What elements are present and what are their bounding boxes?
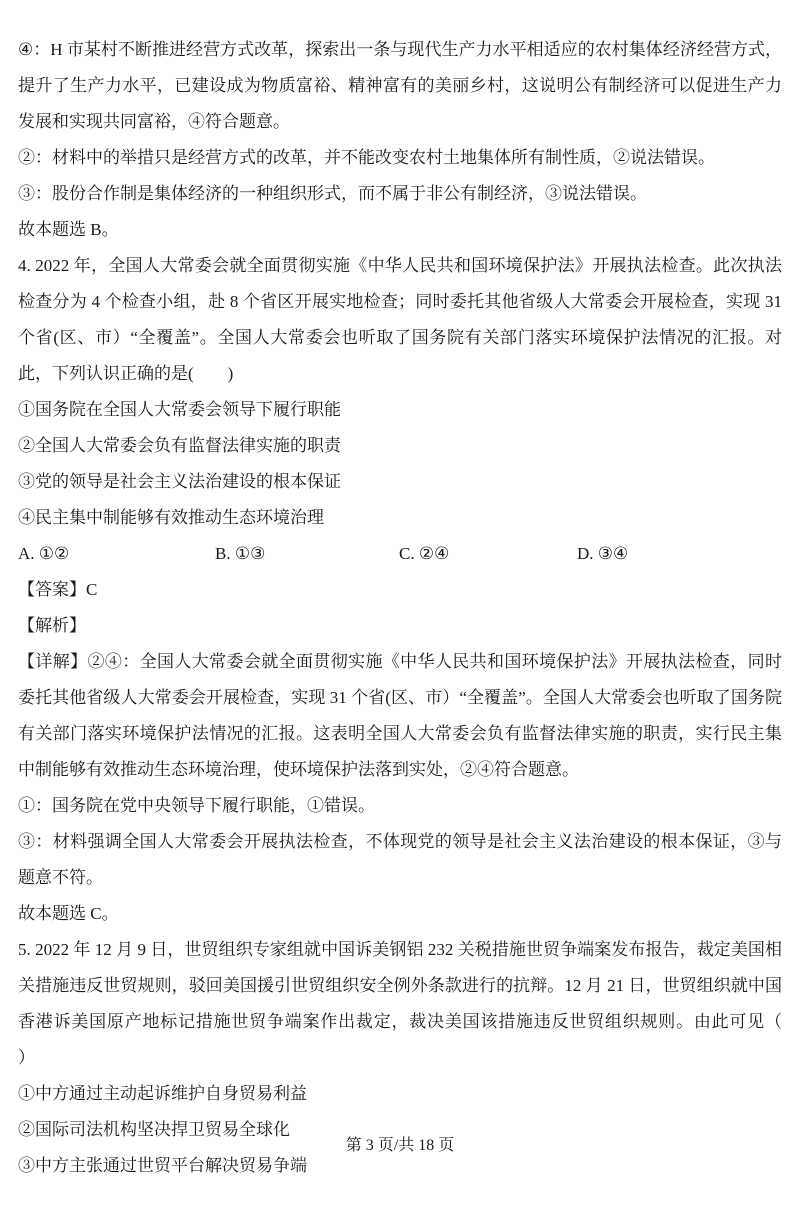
option-d: D. ③④ [577, 536, 782, 572]
question-4-statement-1: ①国务院在全国人大常委会领导下履行职能 [18, 392, 782, 428]
question-4-statement-2: ②全国人大常委会负有监督法律实施的职责 [18, 428, 782, 464]
option-a: A. ①② [18, 536, 215, 572]
question-5-stem: 5. 2022 年 12 月 9 日，世贸组织专家组就中国诉美钢铝 232 关税… [18, 932, 782, 1076]
conclusion-q3: 故本题选 B。 [18, 212, 782, 248]
question-4-statement-4: ④民主集中制能够有效推动生态环境治理 [18, 500, 782, 536]
question-4-statement-3: ③党的领导是社会主义法治建设的根本保证 [18, 464, 782, 500]
document-body: ④：H 市某村不断推进经营方式改革，探索出一条与现代生产力水平相适应的农村集体经… [18, 32, 782, 1184]
detail-q4-points-2-4: 【详解】②④：全国人大常委会就全面贯彻实施《中华人民共和国环境保护法》开展执法检… [18, 644, 782, 788]
answer-q4: 【答案】C [18, 572, 782, 608]
detail-q4-point-1: ①：国务院在党中央领导下履行职能，①错误。 [18, 788, 782, 824]
question-5-statement-1: ①中方通过主动起诉维护自身贸易利益 [18, 1076, 782, 1112]
explanation-point-4: ④：H 市某村不断推进经营方式改革，探索出一条与现代生产力水平相适应的农村集体经… [18, 32, 782, 140]
explanation-point-3: ③：股份合作制是集体经济的一种组织形式，而不属于非公有制经济，③说法错误。 [18, 176, 782, 212]
option-c: C. ②④ [399, 536, 577, 572]
page-number-footer: 第 3 页/共 18 页 [0, 1128, 800, 1164]
question-4-stem: 4. 2022 年，全国人大常委会就全面贯彻实施《中华人民共和国环境保护法》开展… [18, 248, 782, 392]
exam-document-page: ④：H 市某村不断推进经营方式改革，探索出一条与现代生产力水平相适应的农村集体经… [0, 0, 800, 1222]
analysis-label-q4: 【解析】 [18, 608, 782, 644]
conclusion-q4: 故本题选 C。 [18, 896, 782, 932]
explanation-point-2: ②：材料中的举措只是经营方式的改革，并不能改变农村土地集体所有制性质，②说法错误… [18, 140, 782, 176]
detail-q4-point-3: ③：材料强调全国人大常委会开展执法检查，不体现党的领导是社会主义法治建设的根本保… [18, 824, 782, 896]
option-b: B. ①③ [215, 536, 399, 572]
question-4-options: A. ①②B. ①③C. ②④D. ③④ [18, 536, 782, 572]
